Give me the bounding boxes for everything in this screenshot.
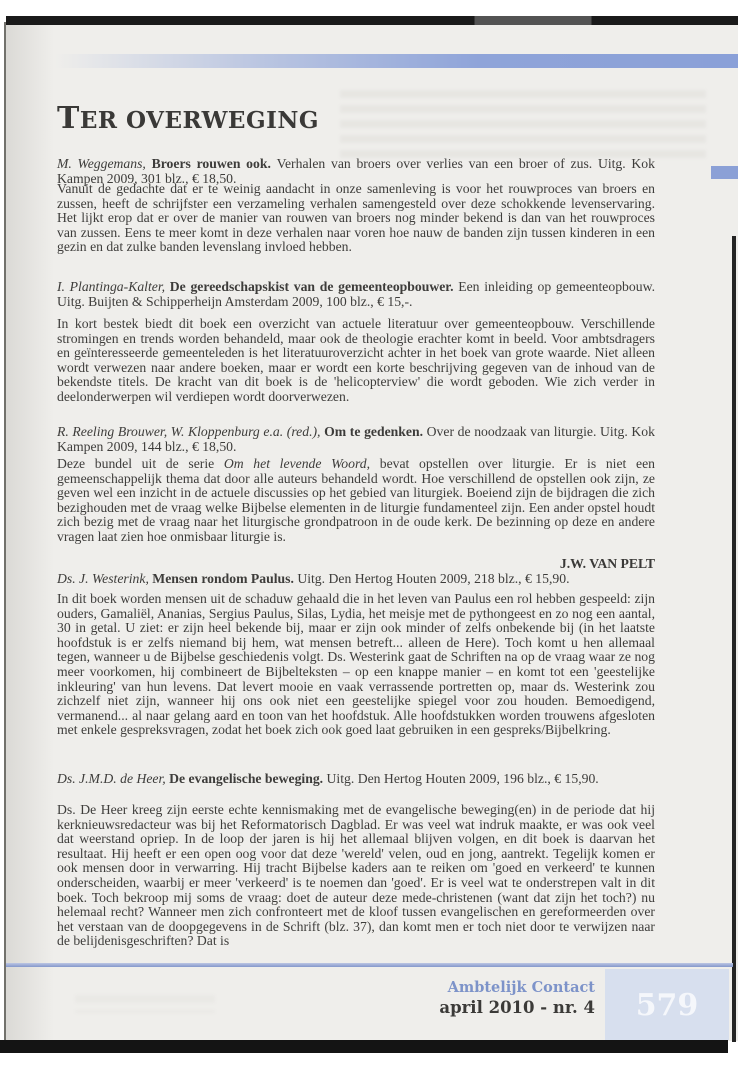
scan-top-edge (6, 16, 738, 25)
review-author: M. Weggemans, (57, 156, 152, 171)
review-book-title: Om te gedenken. (324, 424, 427, 439)
review-author: Ds. J. Westerink, (57, 571, 152, 586)
review-author: R. Reeling Brouwer, W. Kloppenburg e.a. … (57, 424, 324, 439)
review-body: Vanuit de gedachte dat er te weinig aand… (57, 182, 655, 255)
review-body: Deze bundel uit de serie Om het levende … (57, 457, 655, 545)
review-body: Ds. De Heer kreeg zijn eerste echte kenn… (57, 803, 655, 949)
review-publication-details: Uitg. Den Hertog Houten 2009, 218 blz., … (297, 571, 569, 586)
page-number: 579 (605, 976, 729, 1036)
review-book-title: De gereedschapskist van de gemeenteopbou… (170, 279, 458, 294)
review-citation: Ds. J.M.D. de Heer, De evangelische bewe… (57, 772, 655, 787)
review-body-text: Deze bundel uit de serie (57, 456, 224, 471)
page-title-rest: ER OVERWEGING (80, 107, 319, 134)
reviewer-signature: J.W. VAN PELT (57, 556, 655, 572)
footer-magazine-title: Ambtelijk Contact (240, 979, 595, 996)
footer-issue: april 2010 - nr. 4 (240, 998, 595, 1017)
page-left-edge (4, 22, 6, 1044)
side-tab-marker (711, 166, 738, 179)
scanned-page: TER OVERWEGING M. Weggemans, Broers rouw… (0, 0, 738, 1068)
series-title: Om het levende Woord (224, 456, 367, 471)
review-publication-details: Uitg. Den Hertog Houten 2009, 196 blz., … (327, 771, 599, 786)
bleed-through-ghost-text (75, 995, 215, 1013)
review-body: In dit boek worden mensen uit de schaduw… (57, 592, 655, 738)
footer-rule (6, 963, 733, 967)
review-book-title: Mensen rondom Paulus. (152, 571, 297, 586)
review-citation: R. Reeling Brouwer, W. Kloppenburg e.a. … (57, 425, 655, 454)
review-author: I. Plantinga-Kalter, (57, 279, 170, 294)
review-citation: I. Plantinga-Kalter, De gereedschapskist… (57, 280, 655, 309)
scan-bottom-edge (0, 1040, 728, 1053)
page-right-edge (732, 236, 736, 1042)
review-body: In kort bestek biedt dit boek een overzi… (57, 317, 655, 405)
gutter-shadow (6, 25, 54, 1041)
review-book-title: De evangelische beweging. (169, 771, 326, 786)
review-author: Ds. J.M.D. de Heer, (57, 771, 169, 786)
page-title-initial: T (57, 101, 80, 136)
review-book-title: Broers rouwen ook. (152, 156, 277, 171)
review-citation: Ds. J. Westerink, Mensen rondom Paulus. … (57, 572, 655, 587)
page-title: TER OVERWEGING (57, 99, 655, 139)
top-accent-bar (55, 54, 738, 68)
